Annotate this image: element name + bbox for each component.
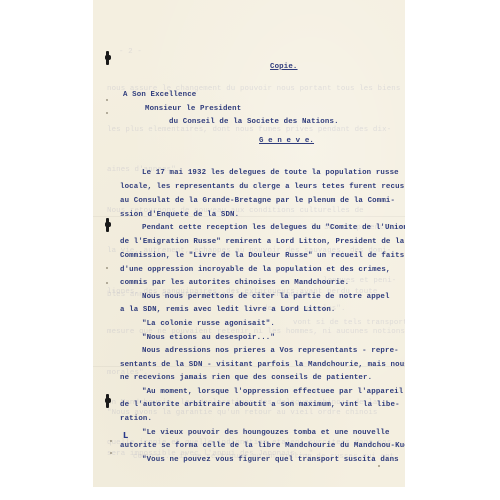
body-line: Commission, le "Livre de la Douleur Russ…	[120, 252, 404, 261]
body-line: "La colonie russe agonisait".	[142, 320, 275, 329]
body-line: Nous nous permettons de citer la partie …	[142, 293, 390, 302]
paper-speck	[110, 452, 112, 454]
body-line: sentants de la SDN - visitant parfois la…	[120, 361, 405, 370]
binding-hole	[106, 394, 109, 408]
body-line: au Consulat de la Grande-Bretagne par le…	[120, 197, 395, 206]
body-line: "Vous ne pouvez vous figurer quel transp…	[142, 456, 399, 465]
body-line: ssion d'Enquete de la SDN.	[120, 211, 239, 220]
body-line: Pendant cette reception les delegues du …	[142, 224, 405, 233]
paper-speck	[110, 440, 112, 442]
document-page: - 2 - nous assure le changement du pouvo…	[93, 0, 405, 487]
paper-speck	[106, 282, 108, 284]
binding-hole	[106, 51, 109, 65]
body-line: commis par les autorites chinoises en Ma…	[120, 279, 349, 288]
body-line: "Au moment, lorsque l'oppression effectu…	[142, 388, 403, 397]
addressee-city: G e n e v e.	[259, 137, 314, 146]
handwritten-mark: L	[123, 431, 128, 440]
addressee-line-3: du Conseil de la Societe des Nations.	[169, 118, 339, 127]
body-line: autorite se forma celle de la libre Mand…	[120, 442, 405, 451]
body-line: de l'Emigration Russe" remirent a Lord L…	[120, 238, 404, 247]
body-line: locale, les representants du clerge a le…	[120, 183, 404, 192]
bleed-line: vont si de tels transports, si une	[293, 317, 405, 331]
body-line: d'une oppression incroyable de la popula…	[120, 266, 391, 275]
body-line: ration.	[120, 415, 152, 424]
paper-speck	[378, 465, 380, 467]
body-line: "Le vieux pouvoir des houngouzes tomba e…	[142, 429, 390, 438]
body-line: Nous adressions nos prieres a Vos repres…	[142, 347, 399, 356]
paper-speck	[106, 112, 108, 114]
paper-speck	[106, 99, 108, 101]
body-line: Le 17 mai 1932 les delegues de toute la …	[142, 169, 399, 178]
binding-hole	[106, 218, 109, 232]
body-line: de l'autorite arbitraire aboutit a son m…	[120, 401, 400, 410]
body-line: a la SDN, remis avec ledit livre a Lord …	[120, 306, 336, 315]
paper-speck	[106, 267, 108, 269]
body-line: "Nous etions au desespoir..."	[142, 334, 275, 343]
addressee-line-1: A Son Excellence	[123, 91, 196, 100]
addressee-line-2: Monsieur le President	[145, 105, 241, 114]
copy-label: Copie.	[270, 63, 298, 72]
body-line: ne recevions jamais rien que des conseil…	[120, 374, 372, 383]
